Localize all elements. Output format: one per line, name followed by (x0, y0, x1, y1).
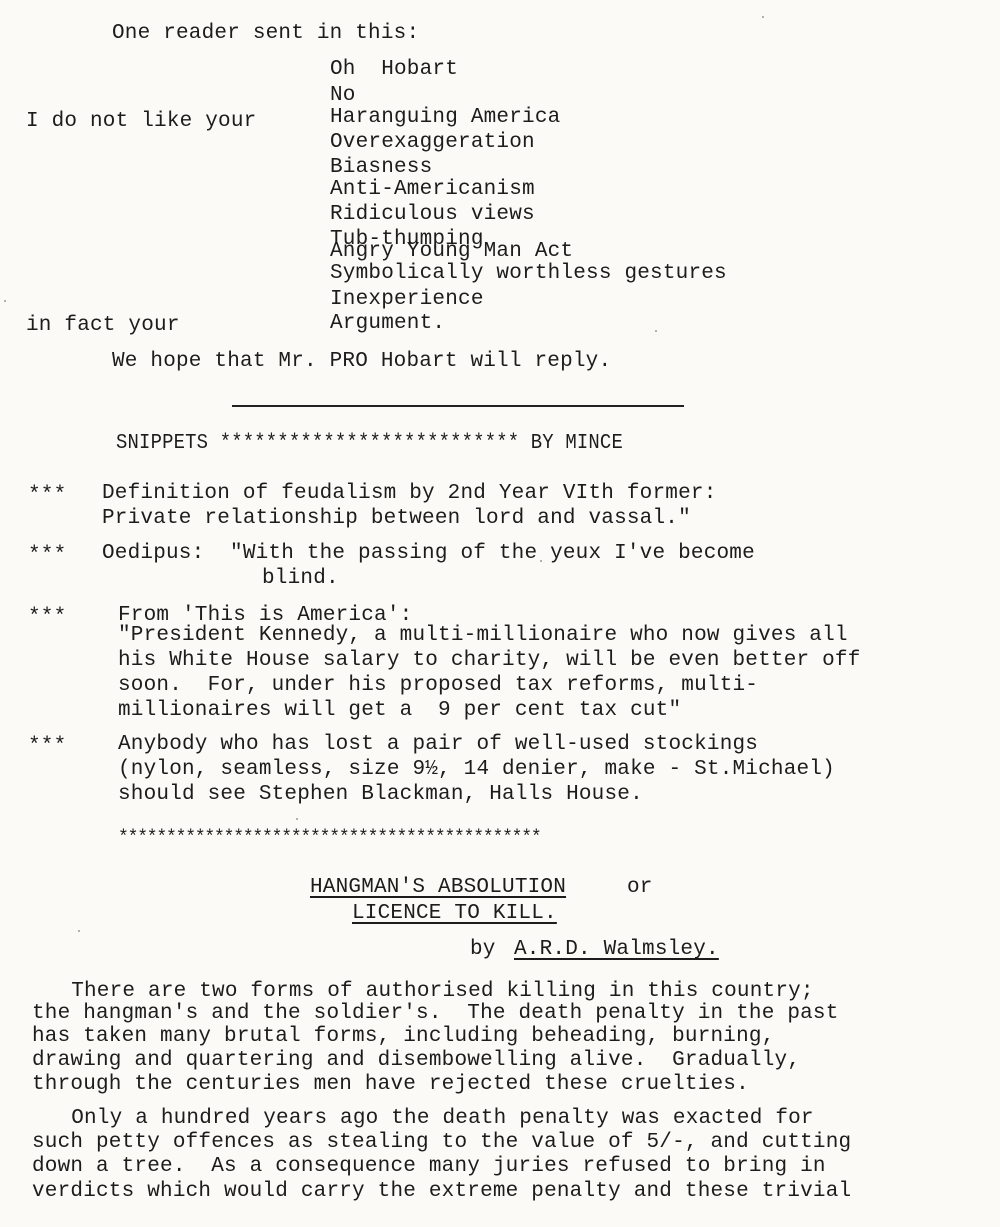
article-line: verdicts which would carry the extreme p… (32, 1180, 851, 1204)
letter-item: Oh Hobart (330, 58, 458, 82)
letter-label-in-fact: in fact your (26, 314, 180, 338)
article-title-or: or (627, 876, 653, 900)
letter-item: Biasness (330, 156, 432, 180)
scan-speck (296, 818, 298, 820)
snippet-line: his White House salary to charity, will … (118, 649, 861, 673)
letter-item: Angry Young Man Act (330, 240, 573, 264)
section-divider (232, 405, 684, 407)
article-title-line2: LICENCE TO KILL. (352, 902, 557, 926)
scan-speck (540, 560, 542, 562)
snippet-line: blind. (262, 567, 339, 591)
snippet-line: Private relationship between lord and va… (102, 507, 691, 531)
snippet-line: Oedipus: "With the passing of the yeux I… (102, 542, 755, 566)
snippet-line: millionaires will get a 9 per cent tax c… (118, 699, 681, 723)
article-line: drawing and quartering and disembowellin… (32, 1049, 800, 1073)
article-line: through the centuries men have rejected … (32, 1073, 749, 1097)
snippet-line: should see Stephen Blackman, Halls House… (118, 783, 643, 807)
article-title-line1: HANGMAN'S ABSOLUTION (310, 876, 566, 900)
article-line: Only a hundred years ago the death penal… (20, 1107, 814, 1131)
letter-item: No (330, 84, 356, 108)
letter-item: Haranguing America (330, 106, 560, 130)
snippet-marker: *** (28, 735, 66, 759)
article-line: down a tree. As a consequence many jurie… (32, 1155, 826, 1179)
reader-letter-closing: We hope that Mr. PRO Hobart will reply. (112, 350, 611, 374)
letter-item: Overexaggeration (330, 131, 535, 155)
snippets-separator: ****************************************… (118, 826, 540, 850)
snippets-header: SNIPPETS ************************** BY M… (116, 432, 623, 456)
article-line: has taken many brutal forms, including b… (32, 1025, 775, 1049)
letter-item: Argument. (330, 312, 445, 336)
letter-item: Ridiculous views (330, 203, 535, 227)
snippet-marker: *** (28, 544, 66, 568)
article-byline-prefix: by (470, 938, 496, 962)
scan-speck (762, 16, 764, 18)
scan-speck (655, 330, 657, 332)
article-line: such petty offences as stealing to the v… (32, 1131, 851, 1155)
letter-item: Anti-Americanism (330, 178, 535, 202)
letter-label-do-not-like: I do not like your (26, 110, 256, 134)
snippet-line: Anybody who has lost a pair of well-used… (118, 733, 758, 757)
snippet-line: soon. For, under his proposed tax reform… (118, 674, 758, 698)
article-author: A.R.D. Walmsley. (514, 938, 719, 962)
snippet-marker: *** (28, 484, 66, 508)
snippet-line: Definition of feudalism by 2nd Year VIth… (102, 482, 717, 506)
snippet-marker: *** (28, 606, 66, 630)
snippet-line: "President Kennedy, a multi-millionaire … (118, 624, 848, 648)
article-line: There are two forms of authorised killin… (20, 980, 814, 1004)
scan-speck (4, 300, 6, 302)
snippet-line: (nylon, seamless, size 9½, 14 denier, ma… (118, 758, 835, 782)
scan-speck (78, 930, 80, 932)
article-line: the hangman's and the soldier's. The dea… (32, 1002, 839, 1026)
letter-item: Inexperience (330, 288, 484, 312)
reader-letter-intro: One reader sent in this: (112, 22, 419, 46)
letter-item: Symbolically worthless gestures (330, 262, 727, 286)
